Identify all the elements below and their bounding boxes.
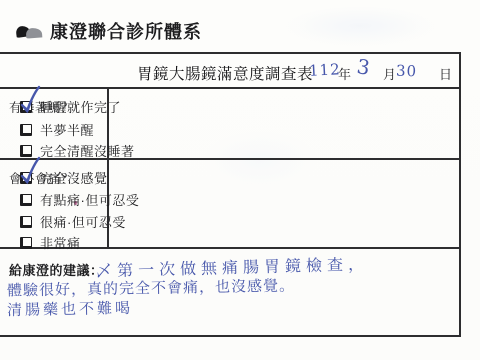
option-label: 有點痛·但可忍受 — [40, 190, 139, 209]
option-sleep-finished: 睡醒就作完了 — [20, 97, 121, 116]
option-no-feeling: 完全沒感覺 — [20, 168, 108, 187]
handwritten-year: 112 — [309, 60, 342, 80]
question-row-pain: 會不會痛？ 完全沒感覺 有點痛·但可忍受 很痛·但可忍受 — [0, 160, 459, 249]
option-label: 睡醒就作完了 — [40, 97, 121, 116]
handwritten-day: 30 — [396, 62, 418, 81]
option-fully-awake: 完全清醒沒睡著 — [20, 141, 135, 160]
clinic-logo-icon — [16, 23, 44, 39]
checkbox-unchecked[interactable] — [20, 216, 32, 228]
title-row: 胃鏡大腸鏡滿意度調查表 112 年 3 月 30 日 — [0, 54, 459, 89]
scanned-survey-form: 康澄聯合診所體系 胃鏡大腸鏡滿意度調查表 112 年 3 月 30 日 有睡著嗎… — [0, 0, 480, 360]
logo-gray-wave — [26, 27, 43, 38]
survey-table: 胃鏡大腸鏡滿意度調查表 112 年 3 月 30 日 有睡著嗎？ 睡醒就作完了 — [0, 52, 461, 337]
checkbox-unchecked[interactable] — [20, 237, 32, 249]
option-label: 完全清醒沒睡著 — [40, 141, 135, 160]
option-slight-pain: 有點痛·但可忍受 — [20, 190, 139, 209]
question-row-sleep: 有睡著嗎？ 睡醒就作完了 半夢半醒 完全清醒沒睡著 — [0, 89, 459, 160]
day-label: 日 — [439, 64, 452, 83]
checkbox-unchecked[interactable] — [20, 145, 32, 157]
option-very-painful-bearable: 很痛·但可忍受 — [20, 212, 126, 231]
suggestion-label: 給康澄的建議： — [9, 260, 104, 279]
clinic-name: 康澄聯合診所體系 — [50, 18, 202, 44]
month-label: 月 — [383, 64, 396, 83]
option-half-awake: 半夢半醒 — [20, 120, 94, 139]
clinic-header: 康澄聯合診所體系 — [16, 20, 202, 42]
handwritten-comment-line: 清腸藥也不難喝 — [7, 297, 133, 320]
checkbox-unchecked[interactable] — [20, 124, 32, 136]
suggestion-row: 給康澄的建議： 乄第一次做無痛腸胃鏡檢查， 體驗很好，真的完全不會痛，也沒感覺。… — [0, 249, 459, 331]
scan-smudge — [285, 6, 435, 46]
handwritten-month: 3 — [355, 54, 371, 80]
year-label: 年 — [338, 64, 351, 83]
option-label: 完全沒感覺 — [40, 168, 108, 187]
checkbox-unchecked[interactable] — [20, 194, 32, 206]
checkbox-checked[interactable] — [20, 172, 32, 184]
handwritten-comment-line: 體驗很好，真的完全不會痛，也沒感覺。 — [7, 274, 295, 300]
checkbox-checked[interactable] — [20, 101, 32, 113]
option-label: 很痛·但可忍受 — [40, 212, 126, 231]
option-label: 半夢半醒 — [40, 120, 94, 139]
form-title: 胃鏡大腸鏡滿意度調查表 — [137, 62, 313, 84]
